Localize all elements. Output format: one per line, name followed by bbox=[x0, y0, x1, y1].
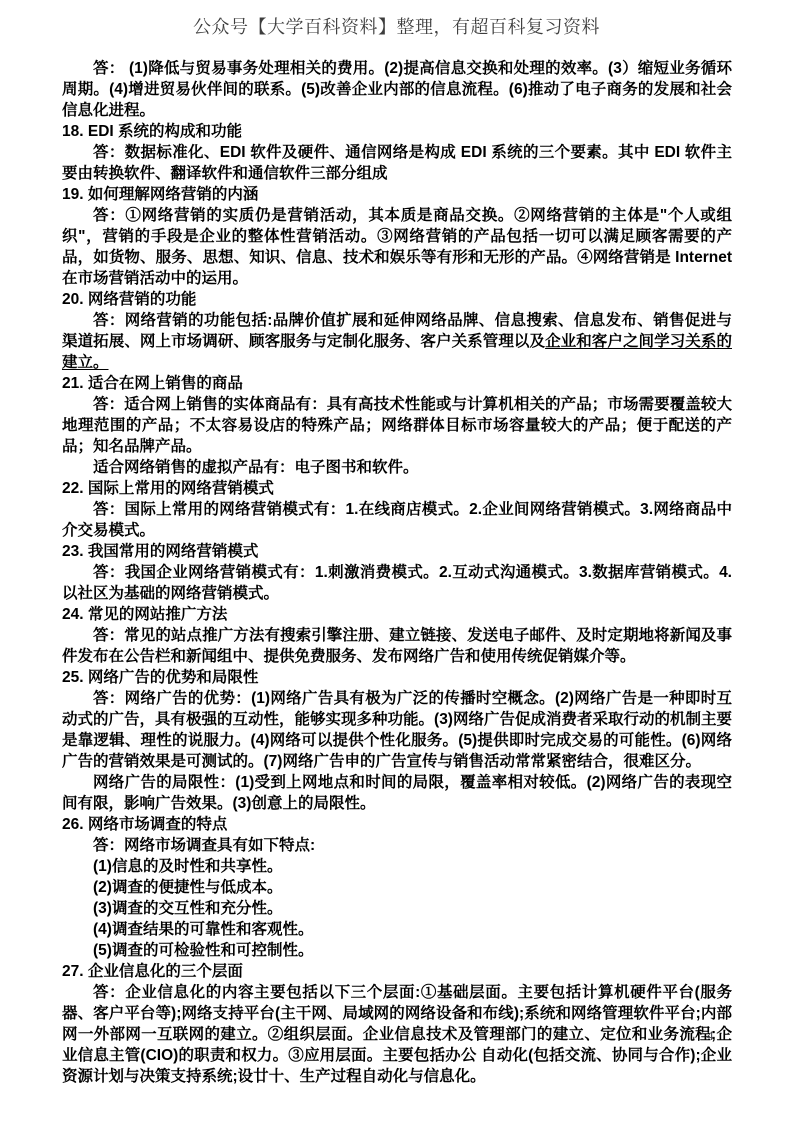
answer-paragraph: 答：①网络营销的实质仍是营销活动，其本质是商品交换。②网络营销的主体是"个人或组… bbox=[62, 205, 732, 289]
answer-paragraph: 答：常见的站点推广方法有搜索引擎注册、建立链接、发送电子邮件、及时定期地将新闻及… bbox=[62, 625, 732, 667]
list-item: (5)调查的可检验性和可控制性。 bbox=[62, 940, 732, 961]
document-page: 公众号【大学百科资料】整理，有超百科复习资料 答： (1)降低与贸易事务处理相关… bbox=[0, 0, 793, 1122]
answer-paragraph: 答： (1)降低与贸易事务处理相关的费用。(2)提高信息交换和处理的效率。(3）… bbox=[62, 58, 732, 121]
answer-paragraph: 答：企业信息化的内容主要包括以下三个层面:①基础层面。主要包括计算机硬件平台(服… bbox=[62, 982, 732, 1087]
question-heading: 21. 适合在网上销售的商品 bbox=[62, 373, 732, 394]
answer-paragraph: 答：适合网上销售的实体商品有：具有高技术性能或与计算机相关的产品；市场需要覆盖较… bbox=[62, 394, 732, 457]
question-heading: 23. 我国常用的网络营销模式 bbox=[62, 541, 732, 562]
question-heading: 24. 常见的网站推广方法 bbox=[62, 604, 732, 625]
list-item: (2)调查的便捷性与低成本。 bbox=[62, 877, 732, 898]
question-heading: 22. 国际上常用的网络营销模式 bbox=[62, 478, 732, 499]
question-heading: 27. 企业信息化的三个层面 bbox=[62, 961, 732, 982]
answer-paragraph: 适合网络销售的虚拟产品有：电子图书和软件。 bbox=[62, 457, 732, 478]
document-header: 公众号【大学百科资料】整理，有超百科复习资料 bbox=[0, 13, 793, 39]
list-item: (4)调查结果的可靠性和客观性。 bbox=[62, 919, 732, 940]
question-heading: 18. EDI 系统的构成和功能 bbox=[62, 121, 732, 142]
answer-paragraph: 网络广告的局限性：(1)受到上网地点和时间的局限，覆盖率相对较低。(2)网络广告… bbox=[62, 772, 732, 814]
answer-paragraph: 答：网络市场调查具有如下特点: bbox=[62, 835, 732, 856]
answer-paragraph: 答：数据标准化、EDI 软件及硬件、通信网络是构成 EDI 系统的三个要素。其中… bbox=[62, 142, 732, 184]
document-body: 答： (1)降低与贸易事务处理相关的费用。(2)提高信息交换和处理的效率。(3）… bbox=[62, 58, 732, 1087]
question-heading: 26. 网络市场调查的特点 bbox=[62, 814, 732, 835]
question-heading: 20. 网络营销的功能 bbox=[62, 289, 732, 310]
question-heading: 19. 如何理解网络营销的内涵 bbox=[62, 184, 732, 205]
list-item: (1)信息的及时性和共享性。 bbox=[62, 856, 732, 877]
list-item: (3)调查的交互性和充分性。 bbox=[62, 898, 732, 919]
answer-paragraph: 答：网络营销的功能包括:品牌价值扩展和延伸网络品牌、信息搜索、信息发布、销售促进… bbox=[62, 310, 732, 373]
answer-paragraph: 答：国际上常用的网络营销模式有：1.在线商店模式。2.企业间网络营销模式。3.网… bbox=[62, 499, 732, 541]
page-number: 4 bbox=[707, 1028, 714, 1044]
question-heading: 25. 网络广告的优势和局限性 bbox=[62, 667, 732, 688]
answer-paragraph: 答：网络广告的优势：(1)网络广告具有极为广泛的传播时空概念。(2)网络广告是一… bbox=[62, 688, 732, 772]
answer-paragraph: 答：我国企业网络营销模式有：1.刺激消费模式。2.互动式沟通模式。3.数据库营销… bbox=[62, 562, 732, 604]
